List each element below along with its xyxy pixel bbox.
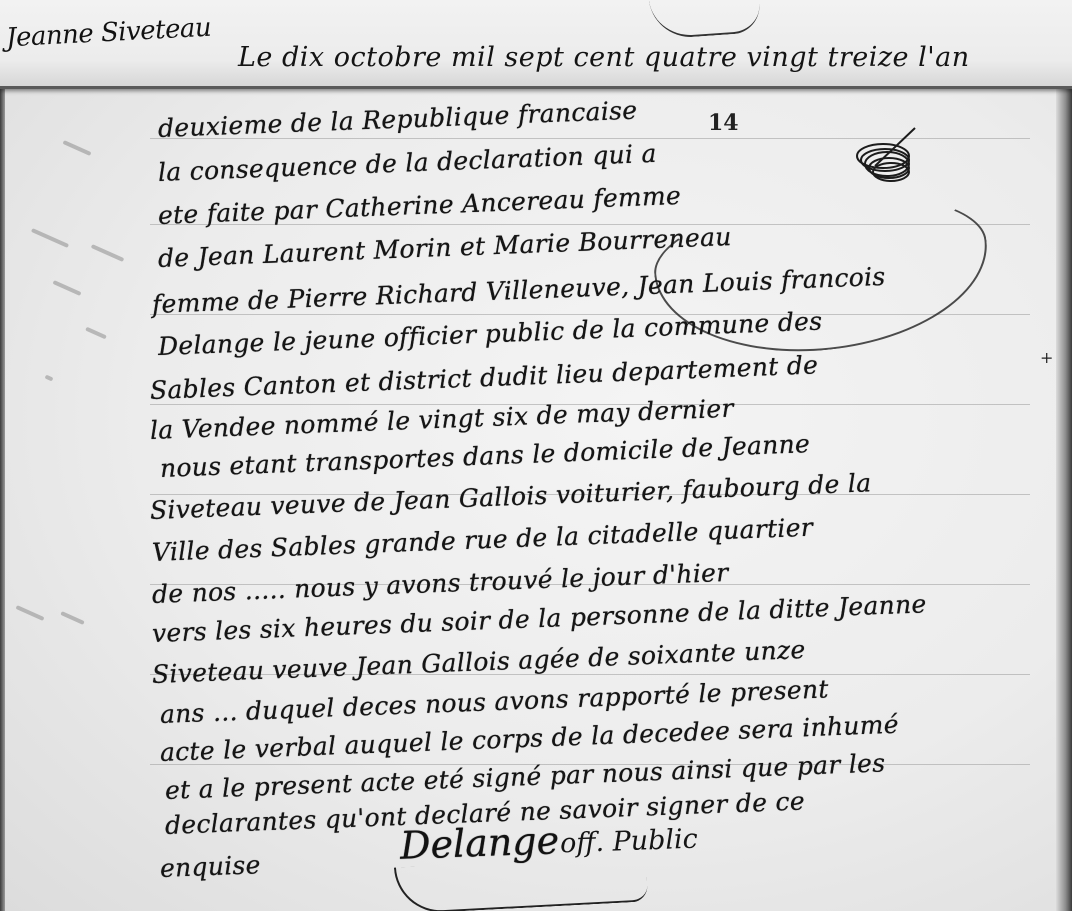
date-line: Le dix octobre mil sept cent quatre ving… (238, 42, 970, 73)
margin-cross-mark: + (1040, 348, 1053, 367)
text-line: deuxieme de la Republique francaise (157, 96, 637, 143)
margin-name: Jeanne Siveteau (5, 13, 212, 54)
text-line: ete faite par Catherine Ancereau femme (157, 181, 681, 230)
text-line: de Jean Laurent Morin et Marie Bourrenea… (157, 222, 732, 273)
text-line: la consequence de la declaration qui a (157, 139, 657, 187)
entry-text: deuxieme de la Republique francaise la c… (0, 86, 1072, 911)
officer-title: off. Public (560, 824, 699, 860)
text-line: enquise (159, 850, 261, 883)
previous-page-strip: Jeanne Siveteau Le dix octobre mil sept … (0, 0, 1072, 89)
register-page: 14 deuxieme de la Republique francaise l… (0, 86, 1072, 911)
flourish-stroke (649, 0, 762, 40)
document-scan: Jeanne Siveteau Le dix octobre mil sept … (0, 0, 1072, 911)
